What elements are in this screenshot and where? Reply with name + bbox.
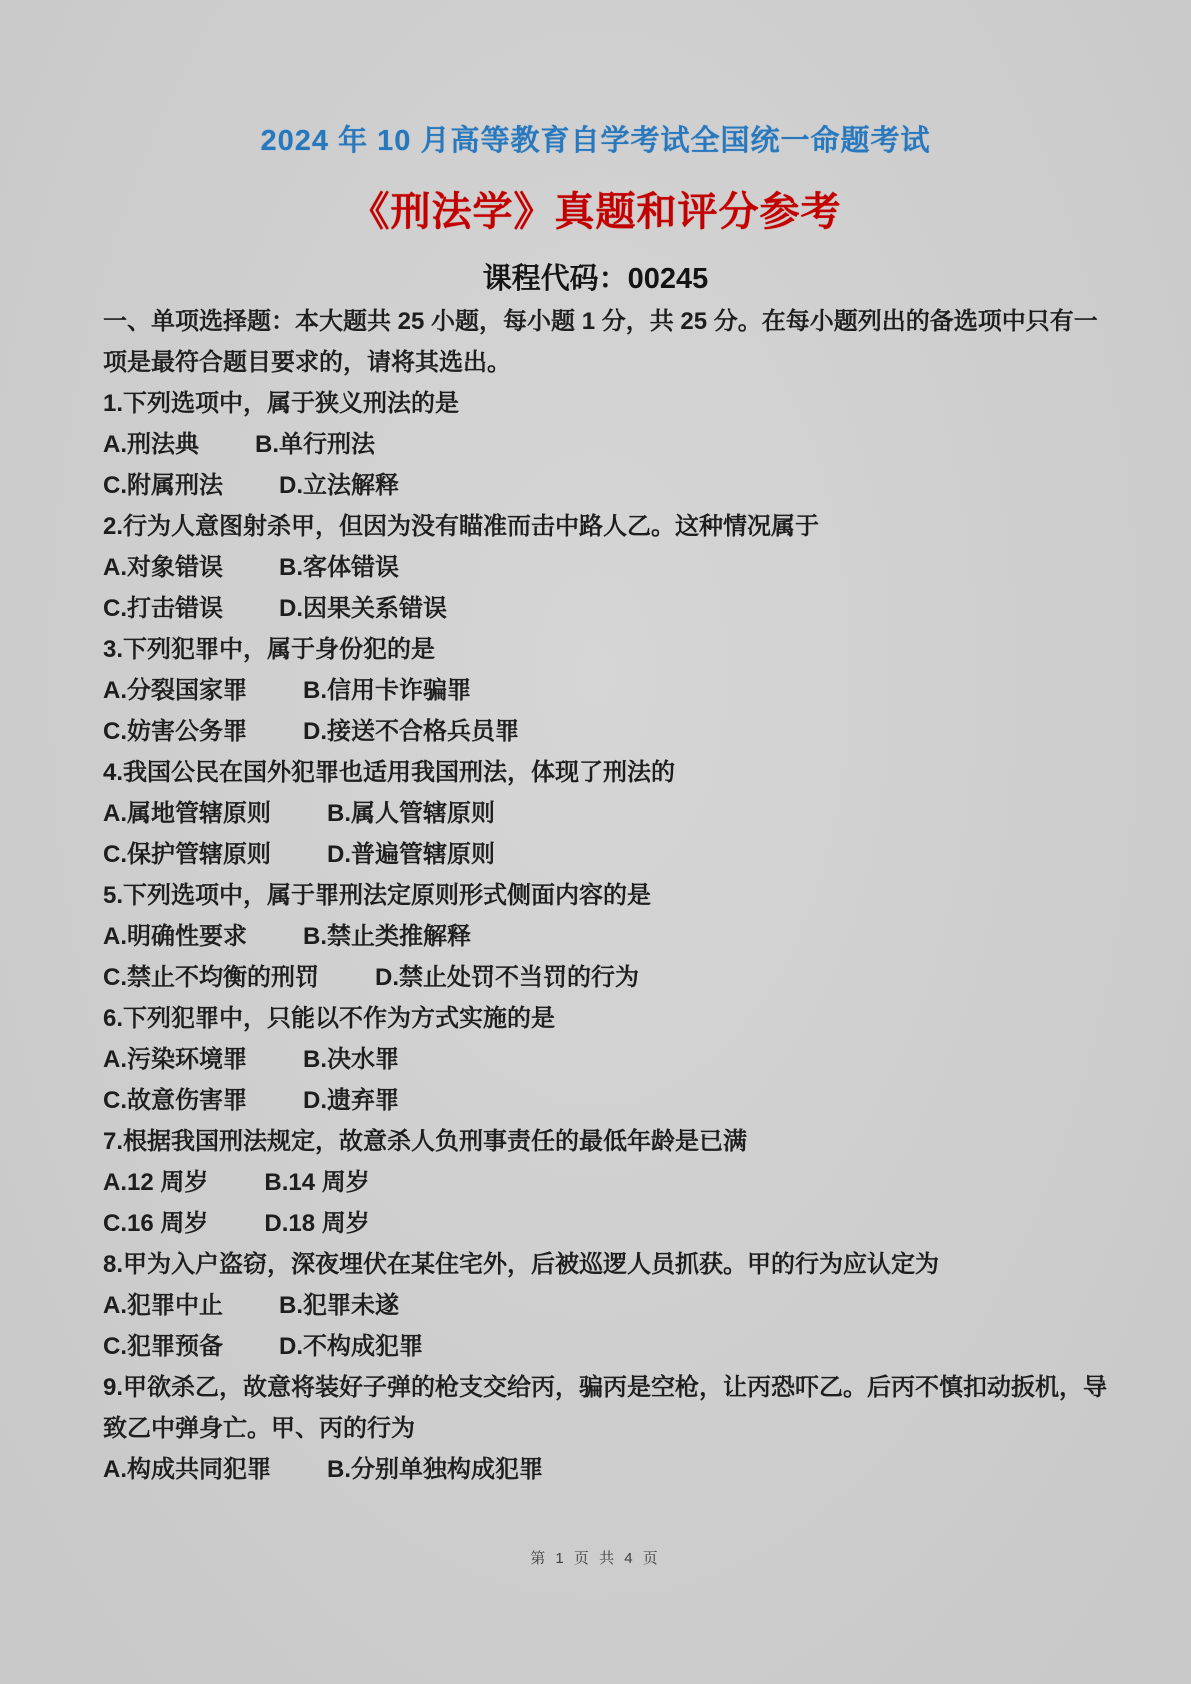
option-d: D.立法解释	[279, 472, 399, 499]
question-stem-line: 致乙中弹身亡。甲、丙的行为	[103, 1408, 1101, 1449]
option-d: D.禁止处罚不当罚的行为	[375, 964, 639, 991]
option-a: A.分裂国家罪	[103, 677, 247, 704]
option-row: A.污染环境罪B.决水罪	[103, 1039, 1101, 1080]
option-b: B.14 周岁	[264, 1169, 369, 1196]
option-d: D.接送不合格兵员罪	[303, 718, 519, 745]
option-c: C.禁止不均衡的刑罚	[103, 964, 319, 991]
option-b: B.属人管辖原则	[327, 800, 495, 827]
option-a: A.刑法典	[103, 431, 199, 458]
option-row: A.构成共同犯罪B.分别单独构成犯罪	[103, 1449, 1101, 1490]
section-intro-line: 项是最符合题目要求的，请将其选出。	[103, 342, 1101, 383]
option-row: C.禁止不均衡的刑罚D.禁止处罚不当罚的行为	[103, 957, 1101, 998]
option-a: A.污染环境罪	[103, 1046, 247, 1073]
option-a: A.明确性要求	[103, 923, 247, 950]
question-stem-line: 9.甲欲杀乙，故意将装好子弹的枪支交给丙，骗丙是空枪，让丙恐吓乙。后丙不慎扣动扳…	[103, 1367, 1101, 1408]
option-c: C.附属刑法	[103, 472, 223, 499]
question-stem-line: 6.下列犯罪中，只能以不作为方式实施的是	[103, 998, 1101, 1039]
option-b: B.禁止类推解释	[303, 923, 471, 950]
option-row: C.故意伤害罪D.遗弃罪	[103, 1080, 1101, 1121]
question-lines: 一、单项选择题：本大题共 25 小题，每小题 1 分，共 25 分。在每小题列出…	[103, 301, 1101, 1490]
course-code: 课程代码：00245	[0, 256, 1191, 297]
option-c: C.保护管辖原则	[103, 841, 271, 868]
option-d: D.普遍管辖原则	[327, 841, 495, 868]
option-row: A.12 周岁B.14 周岁	[103, 1162, 1101, 1203]
option-c: C.打击错误	[103, 595, 223, 622]
option-c: C.犯罪预备	[103, 1333, 223, 1360]
page-footer: 第 1 页 共 4 页	[0, 1547, 1191, 1568]
option-row: A.犯罪中止B.犯罪未遂	[103, 1285, 1101, 1326]
option-row: A.明确性要求B.禁止类推解释	[103, 916, 1101, 957]
option-d: D.遗弃罪	[303, 1087, 399, 1114]
question-stem-line: 8.甲为入户盗窃，深夜埋伏在某住宅外，后被巡逻人员抓获。甲的行为应认定为	[103, 1244, 1101, 1285]
option-d: D.18 周岁	[264, 1210, 369, 1237]
exam-subject-title: 《刑法学》真题和评分参考	[0, 180, 1191, 237]
option-row: C.16 周岁D.18 周岁	[103, 1203, 1101, 1244]
option-b: B.客体错误	[279, 554, 399, 581]
option-row: A.对象错误B.客体错误	[103, 547, 1101, 588]
document-header: 2024 年 10 月高等教育自学考试全国统一命题考试 《刑法学》真题和评分参考…	[0, 0, 1191, 297]
section-intro-line: 一、单项选择题：本大题共 25 小题，每小题 1 分，共 25 分。在每小题列出…	[103, 301, 1101, 342]
option-a: A.12 周岁	[103, 1169, 208, 1196]
question-stem-line: 7.根据我国刑法规定，故意杀人负刑事责任的最低年龄是已满	[103, 1121, 1101, 1162]
question-stem-line: 1.下列选项中，属于狭义刑法的是	[103, 383, 1101, 424]
option-c: C.妨害公务罪	[103, 718, 247, 745]
option-b: B.犯罪未遂	[279, 1292, 399, 1319]
option-row: C.犯罪预备D.不构成犯罪	[103, 1326, 1101, 1367]
option-c: C.故意伤害罪	[103, 1087, 247, 1114]
option-row: C.附属刑法D.立法解释	[103, 465, 1101, 506]
exam-session-title: 2024 年 10 月高等教育自学考试全国统一命题考试	[0, 118, 1191, 159]
question-stem-line: 4.我国公民在国外犯罪也适用我国刑法，体现了刑法的	[103, 752, 1101, 793]
option-a: A.构成共同犯罪	[103, 1456, 271, 1483]
question-stem-line: 3.下列犯罪中，属于身份犯的是	[103, 629, 1101, 670]
question-stem-line: 2.行为人意图射杀甲，但因为没有瞄准而击中路人乙。这种情况属于	[103, 506, 1101, 547]
option-a: A.犯罪中止	[103, 1292, 223, 1319]
option-row: C.保护管辖原则D.普遍管辖原则	[103, 834, 1101, 875]
option-d: D.因果关系错误	[279, 595, 447, 622]
option-c: C.16 周岁	[103, 1210, 208, 1237]
option-row: A.刑法典B.单行刑法	[103, 424, 1101, 465]
option-row: A.分裂国家罪B.信用卡诈骗罪	[103, 670, 1101, 711]
option-b: B.单行刑法	[255, 431, 375, 458]
option-b: B.分别单独构成犯罪	[327, 1456, 543, 1483]
option-b: B.决水罪	[303, 1046, 399, 1073]
option-d: D.不构成犯罪	[279, 1333, 423, 1360]
question-stem-line: 5.下列选项中，属于罪刑法定原则形式侧面内容的是	[103, 875, 1101, 916]
exam-document-page: 2024 年 10 月高等教育自学考试全国统一命题考试 《刑法学》真题和评分参考…	[0, 0, 1191, 1684]
option-row: C.妨害公务罪D.接送不合格兵员罪	[103, 711, 1101, 752]
option-row: C.打击错误D.因果关系错误	[103, 588, 1101, 629]
option-b: B.信用卡诈骗罪	[303, 677, 471, 704]
option-a: A.对象错误	[103, 554, 223, 581]
option-a: A.属地管辖原则	[103, 800, 271, 827]
option-row: A.属地管辖原则B.属人管辖原则	[103, 793, 1101, 834]
